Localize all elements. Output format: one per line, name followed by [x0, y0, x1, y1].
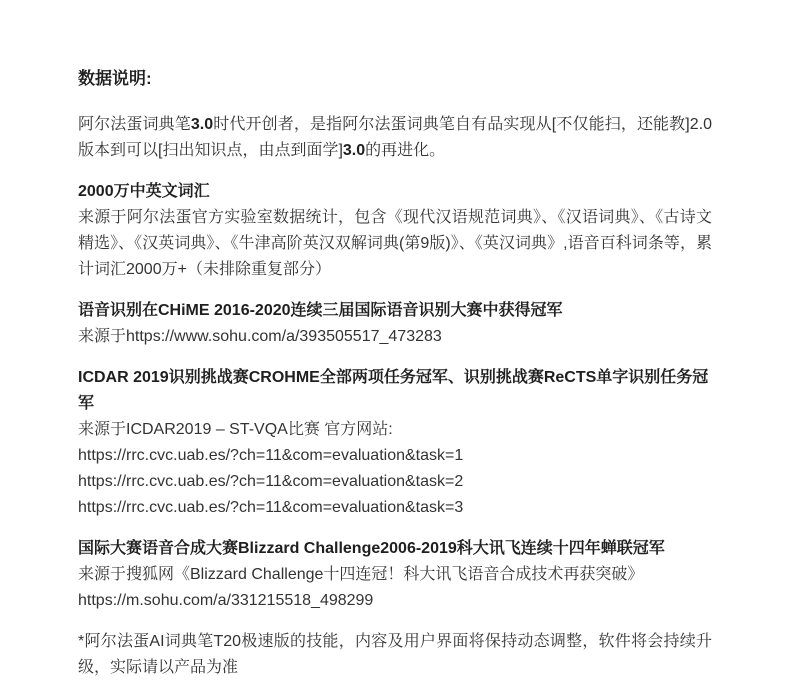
section-icdar-award-title: ICDAR 2019识别挑战赛CROHME全部两项任务冠军、识别挑战赛ReCTS…	[78, 365, 712, 417]
section-chime-award: 语音识别在CHiME 2016-2020连续三届国际语音识别大赛中获得冠军 来源…	[78, 298, 712, 350]
section-blizzard-award: 国际大赛语音合成大赛Blizzard Challenge2006-2019科大讯…	[78, 536, 712, 614]
footnote-disclaimer: *阿尔法蛋AI词典笔T20极速版的技能，内容及用户界面将保持动态调整，软件将会持…	[78, 629, 712, 681]
intro-text-3: 的再进化。	[365, 142, 445, 159]
section-chime-award-source: 来源于https://www.sohu.com/a/393505517_4732…	[78, 324, 712, 350]
section-icdar-award: ICDAR 2019识别挑战赛CROHME全部两项任务冠军、识别挑战赛ReCTS…	[78, 365, 712, 521]
icdar-url-task-2: https://rrc.cvc.uab.es/?ch=11&com=evalua…	[78, 469, 712, 495]
blizzard-url: https://m.sohu.com/a/331215518_498299	[78, 588, 712, 614]
intro-text-1: 阿尔法蛋词典笔	[78, 116, 191, 133]
page-title: 数据说明:	[78, 66, 712, 92]
icdar-url-task-3: https://rrc.cvc.uab.es/?ch=11&com=evalua…	[78, 495, 712, 521]
section-vocabulary-body: 来源于阿尔法蛋官方实验室数据统计，包含《现代汉语规范词典》、《汉语词典》、《古诗…	[78, 205, 712, 283]
section-blizzard-award-title: 国际大赛语音合成大赛Blizzard Challenge2006-2019科大讯…	[78, 536, 712, 562]
section-vocabulary-title: 2000万中英文词汇	[78, 179, 712, 205]
icdar-url-task-1: https://rrc.cvc.uab.es/?ch=11&com=evalua…	[78, 443, 712, 469]
section-chime-award-title: 语音识别在CHiME 2016-2020连续三届国际语音识别大赛中获得冠军	[78, 298, 712, 324]
section-icdar-award-source: 来源于ICDAR2019 – ST-VQA比赛 官方网站:	[78, 417, 712, 443]
intro-version-3-0-first: 3.0	[191, 116, 213, 133]
section-blizzard-award-source: 来源于搜狐网《Blizzard Challenge十四连冠！科大讯飞语音合成技术…	[78, 562, 712, 588]
intro-version-3-0-second: 3.0	[343, 142, 365, 159]
section-vocabulary: 2000万中英文词汇 来源于阿尔法蛋官方实验室数据统计，包含《现代汉语规范词典》…	[78, 179, 712, 283]
intro-paragraph: 阿尔法蛋词典笔3.0时代开创者，是指阿尔法蛋词典笔自有品实现从[不仅能扫，还能教…	[78, 112, 712, 164]
data-description-document: 数据说明: 阿尔法蛋词典笔3.0时代开创者，是指阿尔法蛋词典笔自有品实现从[不仅…	[0, 0, 790, 681]
